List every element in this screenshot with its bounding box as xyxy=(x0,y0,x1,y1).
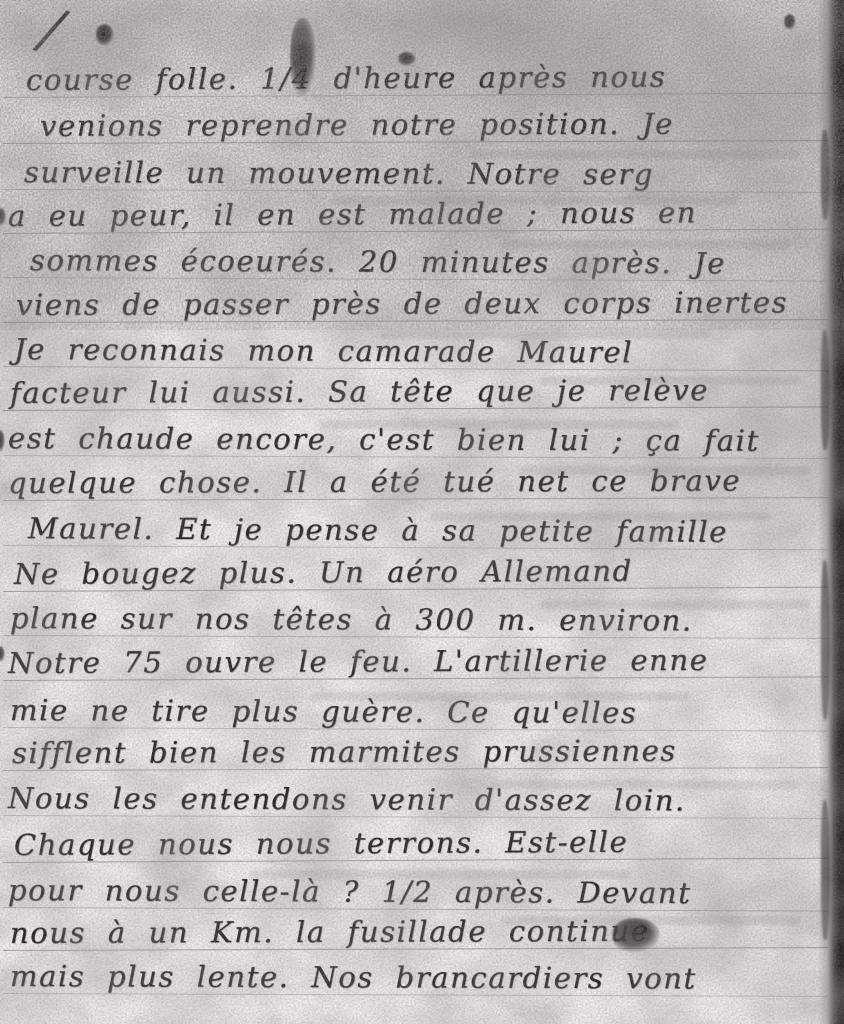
handwritten-line: Maurel. Et je pense à sa petite famille xyxy=(0,508,836,554)
handwritten-line: Chaque nous nous terrons. Est-elle xyxy=(0,821,836,867)
handwritten-line: mais plus lente. Nos brancardiers vont xyxy=(0,956,836,1001)
handwritten-line: sifflent bien les marmites prussiennes xyxy=(0,730,836,775)
handwritten-line: est chaude encore, c'est bien lui ; ça f… xyxy=(0,418,836,463)
handwritten-line: pour nous celle-là ? 1/2 après. Devant xyxy=(0,870,836,916)
handwritten-line: course folle. 1/4 d'heure après nous xyxy=(0,56,836,102)
handwritten-line: Je reconnais mon camarade Maurel xyxy=(0,329,836,375)
handwritten-line: nous à un Km. la fusillade continue xyxy=(0,910,836,955)
handwritten-line: a eu peur, il en est malade ; nous en xyxy=(0,192,836,238)
ink-smudge xyxy=(96,24,114,46)
handwritten-line: Ne bougez plus. Un aéro Allemand xyxy=(0,550,836,596)
handwritten-line: quelque chose. Il a été tué net ce brave xyxy=(0,460,836,505)
handwritten-line: surveille un mouvement. Notre serg xyxy=(0,152,836,197)
ink-smudge xyxy=(784,14,796,30)
handwritten-line: viens de passer près de deux corps inert… xyxy=(0,282,836,327)
handwritten-line: venions reprendre notre position. Je xyxy=(0,103,836,148)
page-edge-speckle xyxy=(821,560,830,720)
handwritten-line: sommes écoeurés. 20 minutes après. Je xyxy=(0,240,836,286)
page-edge-speckle xyxy=(821,130,830,220)
handwritten-line: Notre 75 ouvre le feu. L'artillerie enne xyxy=(0,639,836,685)
handwritten-line: mie ne tire plus guère. Ce qu'elles xyxy=(0,690,836,736)
handwritten-line: facteur lui aussi. Sa tête que je relève xyxy=(0,369,836,415)
handwritten-line: plane sur nos têtes à 300 m. environ. xyxy=(0,598,836,643)
page-edge-speckle xyxy=(821,330,830,450)
scanned-document-page: / course folle. 1/4 d'heure après nous v… xyxy=(0,0,844,1024)
handwritten-line: Nous les entendons venir d'assez loin. xyxy=(0,778,836,823)
page-number-mark: / xyxy=(34,0,68,64)
page-edge-speckle xyxy=(821,800,830,940)
